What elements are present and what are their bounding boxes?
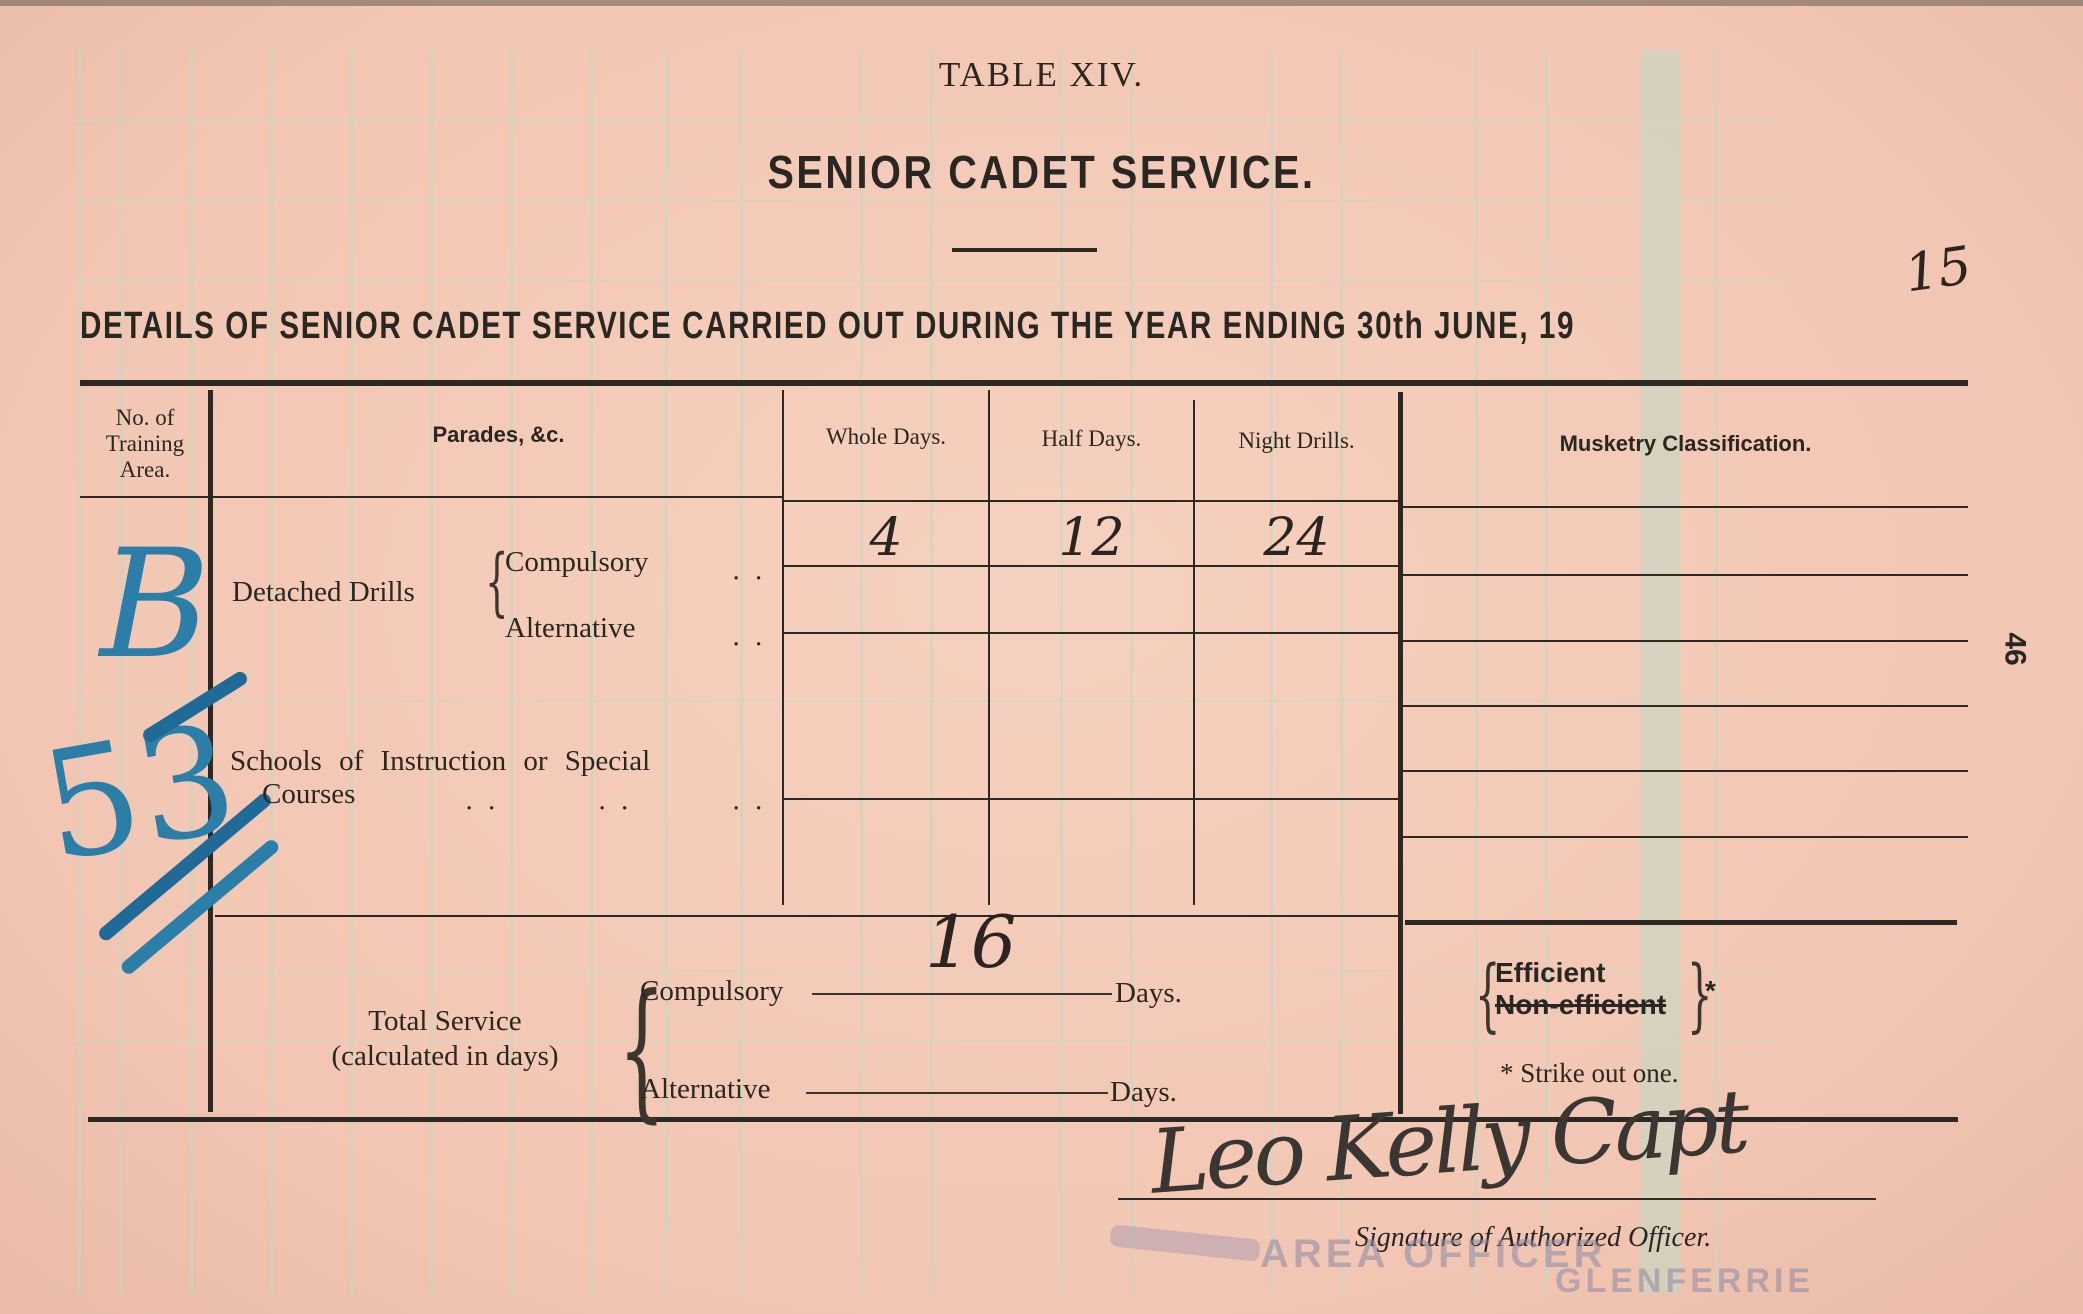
training-area-letter: B — [100, 530, 210, 680]
schools-label-line2: Courses — [262, 778, 355, 811]
grid-line — [70, 700, 1783, 702]
header-parades: Parades, &c. — [215, 422, 782, 448]
musketry-rule — [1403, 574, 1968, 576]
header-training-area: No. of Training Area. — [85, 405, 205, 483]
header-half-days: Half Days. — [990, 426, 1193, 452]
grid-line — [510, 50, 513, 1294]
col-divider-half — [1193, 400, 1195, 905]
col-divider-night — [1398, 392, 1403, 1114]
training-area-digits: 53 — [32, 703, 246, 884]
row-rule-alternative — [784, 632, 1398, 634]
total-alternative-value[interactable] — [900, 1060, 1050, 1090]
leader-dots: . . — [732, 786, 766, 816]
leader-dots: . . — [465, 786, 499, 816]
document-page: TABLE XIV. SENIOR CADET SERVICE. DETAILS… — [0, 0, 2083, 1314]
header-night-drills: Night Drills. — [1195, 428, 1398, 454]
asterisk: * — [1705, 975, 1716, 1007]
col-divider-whole — [988, 390, 990, 905]
grid-line — [930, 50, 933, 1294]
efficient-option[interactable]: Efficient — [1495, 957, 1605, 989]
total-alternative-label: Alternative — [640, 1073, 770, 1106]
col-divider-parades — [782, 390, 784, 905]
total-compulsory-label: Compulsory — [640, 975, 783, 1008]
table-number: TABLE XIV. — [0, 55, 2083, 95]
leader-dots: . . — [732, 622, 766, 652]
header-line: No. of — [85, 405, 205, 431]
header-bottom-rule — [784, 500, 1398, 502]
total-service-sublabel: (calculated in days) — [280, 1040, 610, 1073]
header-line: Area. — [85, 457, 205, 483]
musketry-bottom-rule — [1405, 920, 1957, 925]
details-heading: DETAILS OF SENIOR CADET SERVICE CARRIED … — [80, 305, 1575, 348]
row-rule-schools — [784, 798, 1398, 800]
alternative-night-drills[interactable] — [1195, 568, 1398, 630]
leader-dots: . . — [732, 556, 766, 586]
detached-drills-label: Detached Drills — [232, 576, 415, 609]
year-suffix-handwritten: 15 — [1901, 236, 1975, 305]
non-efficient-option[interactable]: Non-efficient — [1495, 989, 1666, 1021]
table-top-rule — [80, 380, 1968, 386]
fill-line — [806, 1092, 1108, 1094]
alternative-whole-days[interactable] — [784, 568, 988, 630]
compulsory-half-days[interactable]: 12 — [990, 508, 1193, 568]
grid-line — [430, 50, 433, 1294]
page-number: 46 — [1998, 632, 2032, 665]
total-compulsory-value[interactable]: 16 — [925, 900, 1017, 984]
alternative-half-days[interactable] — [990, 568, 1193, 630]
grid-line — [740, 50, 743, 1294]
header-bottom-rule — [80, 496, 782, 498]
grid-line — [350, 50, 353, 1294]
grid-line — [70, 200, 1783, 202]
compulsory-label: Compulsory — [505, 546, 648, 579]
grid-line — [70, 280, 1783, 282]
fill-line — [812, 993, 1112, 995]
page-title: SENIOR CADET SERVICE. — [146, 145, 1937, 199]
musketry-rule — [1403, 836, 1968, 838]
compulsory-night-drills[interactable]: 24 — [1195, 508, 1398, 568]
grid-line — [270, 50, 273, 1294]
schools-label: Schools of Instruction or Special — [230, 745, 650, 778]
header-musketry: Musketry Classification. — [1403, 431, 1968, 457]
musketry-rule — [1403, 770, 1968, 772]
header-whole-days: Whole Days. — [784, 424, 988, 450]
grid-line — [1060, 50, 1063, 1294]
grid-line — [590, 50, 593, 1294]
title-divider — [952, 248, 1097, 252]
compulsory-whole-days[interactable]: 4 — [784, 508, 988, 568]
total-service-label: Total Service — [280, 1005, 610, 1038]
row-rule-total — [215, 915, 1398, 917]
grid-line — [70, 120, 1783, 122]
alternative-label: Alternative — [505, 612, 635, 645]
page-top-edge — [0, 0, 2083, 6]
header-bottom-rule — [1403, 506, 1968, 508]
days-label: Days. — [1110, 1076, 1177, 1109]
days-label: Days. — [1115, 977, 1182, 1010]
leader-dots: . . — [598, 786, 632, 816]
area-officer-stamp-location: GLENFERRIE — [1555, 1262, 1814, 1301]
header-line: Training — [85, 431, 205, 457]
grid-line — [860, 50, 863, 1294]
musketry-rule — [1403, 640, 1968, 642]
musketry-rule — [1403, 705, 1968, 707]
